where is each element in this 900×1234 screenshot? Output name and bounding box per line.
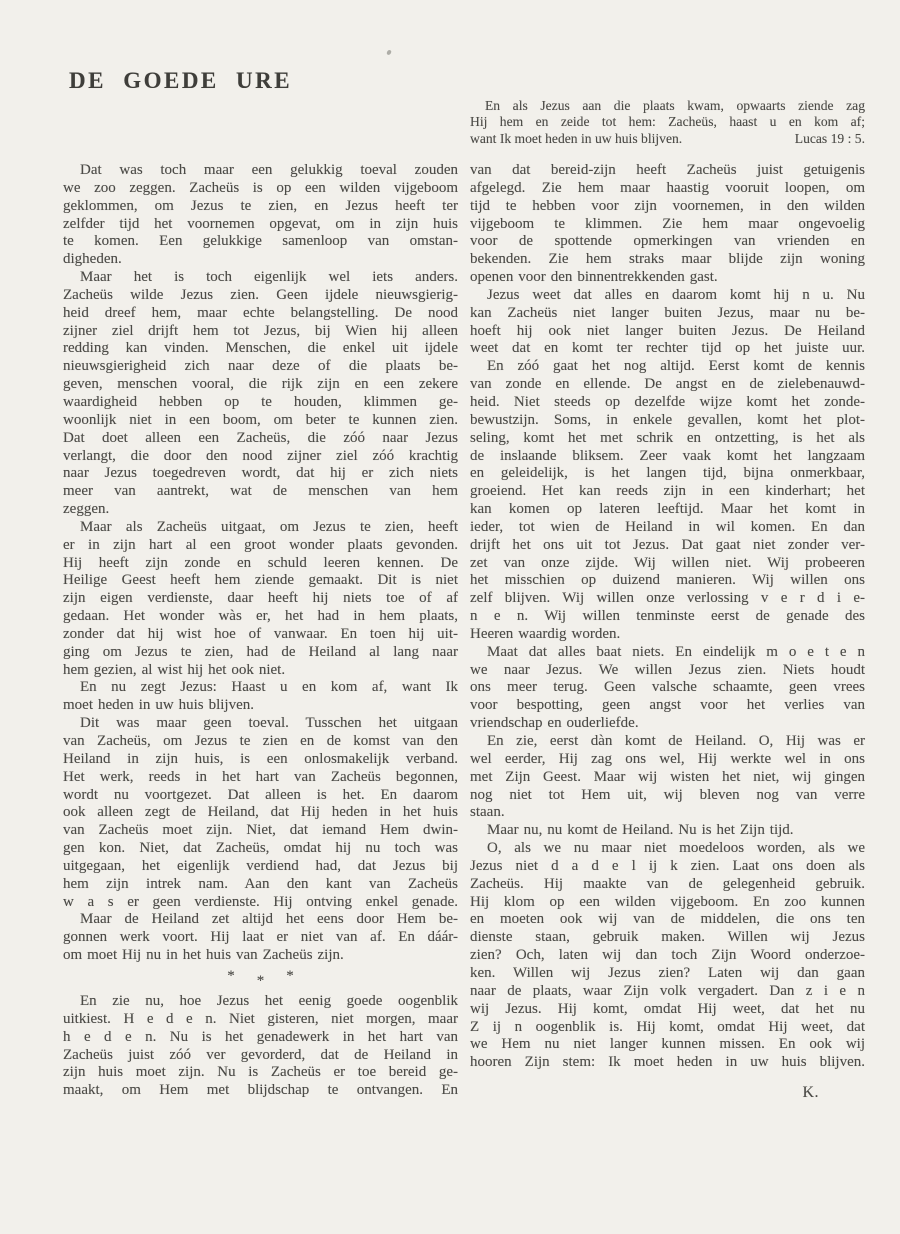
epigraph-line: En als Jezus aan die plaats kwam, opwaar… bbox=[470, 98, 865, 114]
text-line: te komen. Een gelukkige samenloop van om… bbox=[63, 233, 458, 251]
text-line: zijn eigen verdienste, daar heeft hij ni… bbox=[63, 590, 458, 608]
paragraph: Dat was toch maar een gelukkig toeval zo… bbox=[63, 162, 458, 269]
text-line: w a s er geen verdienste. Hij ontving en… bbox=[63, 894, 458, 912]
text-line: n e n. Wij willen tenminste eerst de gen… bbox=[470, 608, 865, 626]
paragraph: Dit was maar geen toeval. Tusschen het u… bbox=[63, 715, 458, 911]
paragraph: van dat bereid-zijn heeft Zacheüs juist … bbox=[470, 162, 865, 287]
text-line: hem zijn intrek nam. Aan den kant van Za… bbox=[63, 876, 458, 894]
text-line: uitkiest. H e d e n. Niet gisteren, niet… bbox=[63, 1011, 458, 1029]
text-line: bekenden. Zie hem straks maar blijde zij… bbox=[470, 251, 865, 269]
text-line: zelfder tijd het voornemen opgevat, om i… bbox=[63, 216, 458, 234]
text-line: hooren Zijn stem: Ik moet heden in uw hu… bbox=[470, 1054, 865, 1072]
text-line: Heilige Geest heeft hem ziende gemaakt. … bbox=[63, 572, 458, 590]
paragraph: Maar de Heiland zet altijd het eens door… bbox=[63, 911, 458, 965]
text-line: gedaan. Het wonder wàs er, het had in he… bbox=[63, 608, 458, 626]
page-title: DE GOEDE URE bbox=[69, 68, 292, 94]
text-line: naar de plaats, waar Zijn volk vergadert… bbox=[470, 983, 865, 1001]
paragraph: Maar nu, nu komt de Heiland. Nu is het Z… bbox=[470, 822, 865, 840]
text-line: verlangt, die door den nood zijner ziel … bbox=[63, 448, 458, 466]
author-signature: K. bbox=[470, 1084, 865, 1102]
paragraph: En zie nu, hoe Jezus het eenig goede oog… bbox=[63, 993, 458, 1100]
text-line: h e d e n. Nu is het genadewerk in het h… bbox=[63, 1029, 458, 1047]
text-line: uitgegaan, het eigenlijk verdiend had, d… bbox=[63, 858, 458, 876]
text-line: Maar als Zacheüs uitgaat, om Jezus te zi… bbox=[63, 519, 458, 537]
scan-speck bbox=[386, 49, 391, 55]
text-line: openen voor den binnentrekkenden gast. bbox=[470, 269, 865, 287]
text-line: van Zacheüs moet zijn. Niet, dat iemand … bbox=[63, 822, 458, 840]
asterisk-glyph: * bbox=[286, 968, 294, 993]
text-line: we naar Jezus. We willen Jezus zien. Nie… bbox=[470, 662, 865, 680]
text-line: er in zijn hart al een groot wonder plaa… bbox=[63, 537, 458, 555]
epigraph: En als Jezus aan die plaats kwam, opwaar… bbox=[470, 98, 865, 147]
text-line: Dat was toch maar een gelukkig toeval zo… bbox=[63, 162, 458, 180]
text-line: de inslaande bliksem. Zeer vaak komt het… bbox=[470, 448, 865, 466]
text-line: Maar nu, nu komt de Heiland. Nu is het Z… bbox=[470, 822, 865, 840]
page: DE GOEDE URE En als Jezus aan die plaats… bbox=[0, 0, 900, 1234]
text-line: zijn huis moet zijn. Nu is Zacheüs er to… bbox=[63, 1064, 458, 1082]
text-line: van Zacheüs, om Jezus te zien en de koms… bbox=[63, 733, 458, 751]
text-line: Jezus niet d a d e l ij k zien. Laat ons… bbox=[470, 858, 865, 876]
text-line: zijner ziel drijft hem tot Jezus, bij Wi… bbox=[63, 323, 458, 341]
text-line: ieder, tot wien de Heiland in wil komen.… bbox=[470, 519, 865, 537]
text-line: ons meer terug. Geen valsche schaamte, g… bbox=[470, 679, 865, 697]
text-line: Z ij n oogenblik is. Hij komt, omdat Hij… bbox=[470, 1019, 865, 1037]
left-column: Dat was toch maar een gelukkig toeval zo… bbox=[63, 162, 458, 1100]
text-line: dienste staan, gebruik maken. Willen wij… bbox=[470, 929, 865, 947]
text-line: moet heden in uw huis blijven. bbox=[63, 697, 458, 715]
text-line: Heiland in zijn huis, is een onlosmakeli… bbox=[63, 751, 458, 769]
text-line: wel eerder, Hij zag ons wel, Hij werkte … bbox=[470, 751, 865, 769]
text-line: Zacheüs juist zóó ver gevorderd, dat de … bbox=[63, 1047, 458, 1065]
text-line: meer van aantrekt, wat de menschen van h… bbox=[63, 483, 458, 501]
text-line: drijft het ons uit tot Jezus. Dat gaat n… bbox=[470, 537, 865, 555]
text-line: Hij klom op een wilden vijgeboom. En zoo… bbox=[470, 894, 865, 912]
paragraph: Maat dat alles baat niets. En eindelijk … bbox=[470, 644, 865, 733]
paragraph: En nu zegt Jezus: Haast u en kom af, wan… bbox=[63, 679, 458, 715]
text-line: en geleidelijk, is het langen tijd, bijn… bbox=[470, 465, 865, 483]
text-line: gonnen werk voort. Hij laat er niet van … bbox=[63, 929, 458, 947]
text-line: van zonde en ellende. De angst en de zie… bbox=[470, 376, 865, 394]
epigraph-line: Hij hem en zeide tot hem: Zacheüs, haast… bbox=[470, 114, 865, 130]
text-line: heid. Niet steeds op dezelfde wijze komt… bbox=[470, 394, 865, 412]
text-line: zelf blijven. Wij willen onze verlossing… bbox=[470, 590, 865, 608]
text-line: wordt nu voortgezet. Dat alleen is het. … bbox=[63, 787, 458, 805]
text-line: Heeren waardig worden. bbox=[470, 626, 865, 644]
scripture-reference: Lucas 19 : 5. bbox=[795, 131, 865, 147]
text-line: Jezus weet dat alles en daarom komt hij … bbox=[470, 287, 865, 305]
text-line: tijd te hebben voor zijn voornemen, in d… bbox=[470, 198, 865, 216]
text-line: we zoo zeggen. Zacheüs is op een wilden … bbox=[63, 180, 458, 198]
text-line: het misschien op duizend manieren. Wij w… bbox=[470, 572, 865, 590]
paragraph: En zóó gaat het nog altijd. Eerst komt d… bbox=[470, 358, 865, 644]
text-line: voor bespotting, geen angst voor het ver… bbox=[470, 697, 865, 715]
text-line: we Hem nu niet langer kunnen missen. En … bbox=[470, 1036, 865, 1054]
paragraph: O, als we nu maar niet moedeloos worden,… bbox=[470, 840, 865, 1072]
text-line: geven, menschen vooral, die rijk zijn en… bbox=[63, 376, 458, 394]
text-line: kan komen op lateren leeftijd. Maar het … bbox=[470, 501, 865, 519]
section-separator: *** bbox=[63, 965, 458, 993]
right-column: van dat bereid-zijn heeft Zacheüs juist … bbox=[470, 162, 865, 1102]
text-line: Zacheüs. Hij maakte van de gelegenheid g… bbox=[470, 876, 865, 894]
text-line: En nu zegt Jezus: Haast u en kom af, wan… bbox=[63, 679, 458, 697]
text-line: kan Zacheüs niet langer buiten Jezus, ma… bbox=[470, 305, 865, 323]
text-line: Maar de Heiland zet altijd het eens door… bbox=[63, 911, 458, 929]
text-line: Dat doet alleen een Zacheüs, die zóó naa… bbox=[63, 430, 458, 448]
text-line: hoeft hij ook niet langer buiten Jezus. … bbox=[470, 323, 865, 341]
text-line: zet van onze zijde. Wij willen niet. Wij… bbox=[470, 555, 865, 573]
text-line: O, als we nu maar niet moedeloos worden,… bbox=[470, 840, 865, 858]
text-line: Hij heeft zijn zonde en schuld leeren ke… bbox=[63, 555, 458, 573]
text-line: seling, komt het met schrik en ontzettin… bbox=[470, 430, 865, 448]
text-line: nog niet tot Hem uit, wij bleven nog van… bbox=[470, 787, 865, 805]
text-line: ging om Jezus te zien, had de Heiland al… bbox=[63, 644, 458, 662]
text-line: ken. Willen wij Jezus zien? Laten wij da… bbox=[470, 965, 865, 983]
text-line: vijgeboom te klimmen. Zie hem maar ongev… bbox=[470, 216, 865, 234]
text-line: groeiend. Het kan reeds zijn in een kind… bbox=[470, 483, 865, 501]
paragraph: En zie, eerst dàn komt de Heiland. O, Hi… bbox=[470, 733, 865, 822]
text-line: zonder dat hij wist hoe of vanwaar. En t… bbox=[63, 626, 458, 644]
text-line: staan. bbox=[470, 804, 865, 822]
text-line: afgelegd. Zie hem maar haastig vooruit l… bbox=[470, 180, 865, 198]
paragraph: Jezus weet dat alles en daarom komt hij … bbox=[470, 287, 865, 358]
text-line: waardigheid hebben op te houden, klimmen… bbox=[63, 394, 458, 412]
text-line: En zóó gaat het nog altijd. Eerst komt d… bbox=[470, 358, 865, 376]
text-line: redding kan vinden. Menschen, die enkel … bbox=[63, 340, 458, 358]
text-line: met Zijn Geest. Maar wij wisten het niet… bbox=[470, 769, 865, 787]
epigraph-last-line: want Ik moet heden in uw huis blijven.Lu… bbox=[470, 131, 865, 147]
text-line: voor de spottende opmerkingen van vriend… bbox=[470, 233, 865, 251]
text-line: En zie, eerst dàn komt de Heiland. O, Hi… bbox=[470, 733, 865, 751]
text-line: naar Jezus toegedreven wordt, dat hij er… bbox=[63, 465, 458, 483]
text-line: gen kon. Niet, dat Zacheüs, omdat hij nu… bbox=[63, 840, 458, 858]
text-line: wij Jezus. Hij komt, omdat Hij weet, dat… bbox=[470, 1001, 865, 1019]
text-line: woonlijk niet in een boom, om beter te k… bbox=[63, 412, 458, 430]
epigraph-closing-text: want Ik moet heden in uw huis blijven. bbox=[470, 131, 682, 147]
text-line: zien? Och, laten wij dan toch Zijn Woord… bbox=[470, 947, 865, 965]
text-line: van dat bereid-zijn heeft Zacheüs juist … bbox=[470, 162, 865, 180]
text-line: zeggen. bbox=[63, 501, 458, 519]
text-line: Maat dat alles baat niets. En eindelijk … bbox=[470, 644, 865, 662]
text-line: weet dat en komt ter rechter tijd op het… bbox=[470, 340, 865, 358]
text-line: digheden. bbox=[63, 251, 458, 269]
text-line: Zacheüs wilde Jezus zien. Geen ijdele ni… bbox=[63, 287, 458, 305]
text-line: Het werk, reeds in het hart van Zacheüs … bbox=[63, 769, 458, 787]
text-line: hem gezien, al wist hij het ook niet. bbox=[63, 662, 458, 680]
text-line: om moet Hij nu in het huis van Zacheüs z… bbox=[63, 947, 458, 965]
text-line: geklommen, om Jezus te zien, en Jezus he… bbox=[63, 198, 458, 216]
text-line: bewustzijn. Soms, in enkele gevallen, ko… bbox=[470, 412, 865, 430]
asterisk-glyph: * bbox=[257, 973, 265, 998]
paragraph: Maar het is toch eigenlijk wel iets ande… bbox=[63, 269, 458, 519]
text-line: maakt, om Hem met blijdschap te ontvange… bbox=[63, 1082, 458, 1100]
text-line: Maar het is toch eigenlijk wel iets ande… bbox=[63, 269, 458, 287]
text-line: nieuwsgierigheid zich naar deze of die p… bbox=[63, 358, 458, 376]
asterisk-glyph: * bbox=[227, 968, 235, 993]
paragraph: Maar als Zacheüs uitgaat, om Jezus te zi… bbox=[63, 519, 458, 680]
text-line: heid dreef hem, maar echte belangstellin… bbox=[63, 305, 458, 323]
text-line: ook alleen zegt de Heiland, dat Hij hede… bbox=[63, 804, 458, 822]
text-line: vriendschap en ouderliefde. bbox=[470, 715, 865, 733]
text-line: en moeten ook wij van de middelen, die o… bbox=[470, 911, 865, 929]
text-line: Dit was maar geen toeval. Tusschen het u… bbox=[63, 715, 458, 733]
